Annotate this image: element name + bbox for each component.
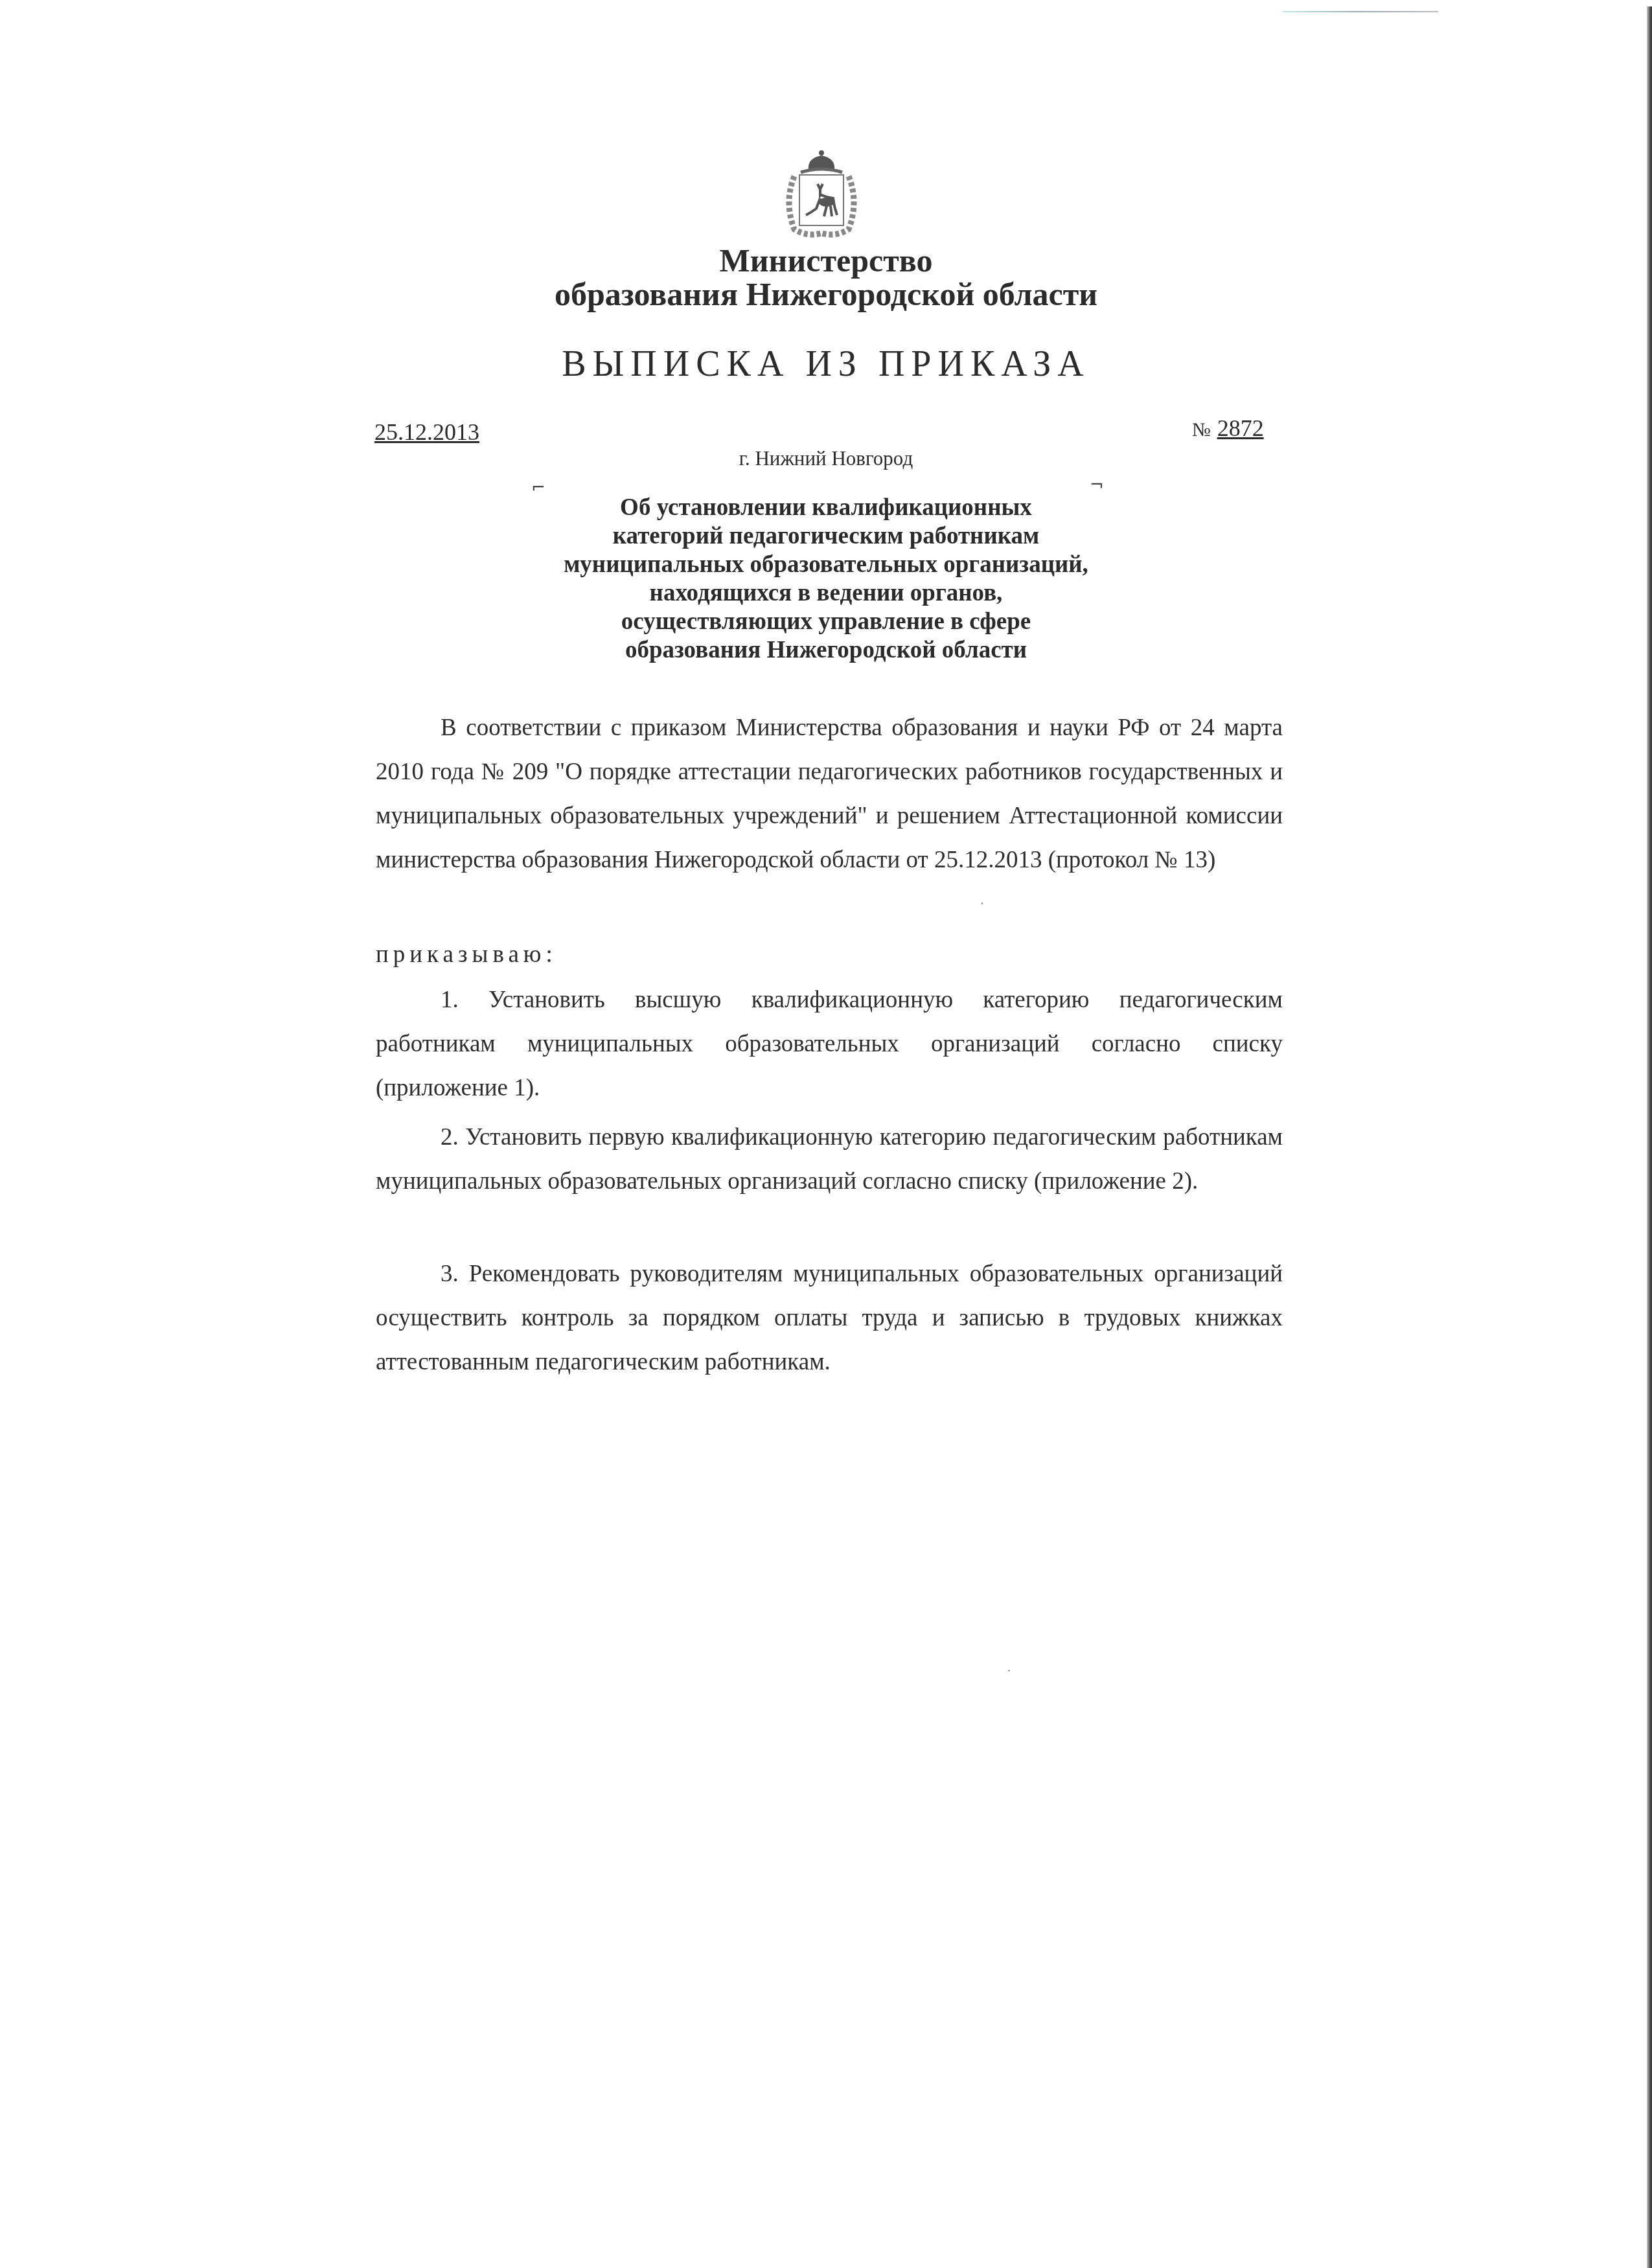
- order-date: 25.12.2013: [374, 418, 479, 446]
- subject-line: Об установлении квалификационных: [453, 494, 1199, 522]
- document-title: ВЫПИСКА ИЗ ПРИКАЗА: [0, 343, 1652, 385]
- subject-line: муниципальных образовательных организаци…: [453, 551, 1199, 579]
- ministry-name-line2: образования Нижегородской области: [0, 275, 1652, 313]
- subject-line: находящихся в ведении органов,: [453, 579, 1199, 608]
- order-word: приказываю:: [376, 941, 557, 968]
- coat-of-arms-icon: [775, 144, 869, 241]
- subject-line: осуществляющих управление в сфере: [453, 608, 1199, 636]
- scan-artifact-line: [1283, 11, 1438, 12]
- number-sign: №: [1192, 419, 1211, 441]
- scan-speck: [708, 864, 711, 866]
- scan-speck: [1008, 1670, 1010, 1671]
- order-number: №2872: [1192, 415, 1264, 442]
- corner-mark-right-icon: ¬: [1090, 475, 1104, 495]
- subject-line: категорий педагогическим работникам: [453, 522, 1199, 551]
- subject-line: образования Нижегородской области: [453, 636, 1199, 665]
- order-subject: Об установлении квалификационных категор…: [453, 494, 1199, 665]
- scan-speck: [981, 902, 983, 904]
- ministry-name-line1: Министерство: [0, 242, 1652, 279]
- order-item-1: 1. Установить высшую квалификационную ка…: [376, 978, 1283, 1110]
- order-item-2: 2. Установить первую квалификационную ка…: [376, 1116, 1283, 1204]
- order-number-value: 2872: [1217, 415, 1264, 441]
- preamble-paragraph: В соответствии с приказом Министерства о…: [376, 706, 1283, 882]
- order-item-3: 3. Рекомендовать руководителям муниципал…: [376, 1252, 1283, 1384]
- city: г. Нижний Новгород: [0, 447, 1652, 470]
